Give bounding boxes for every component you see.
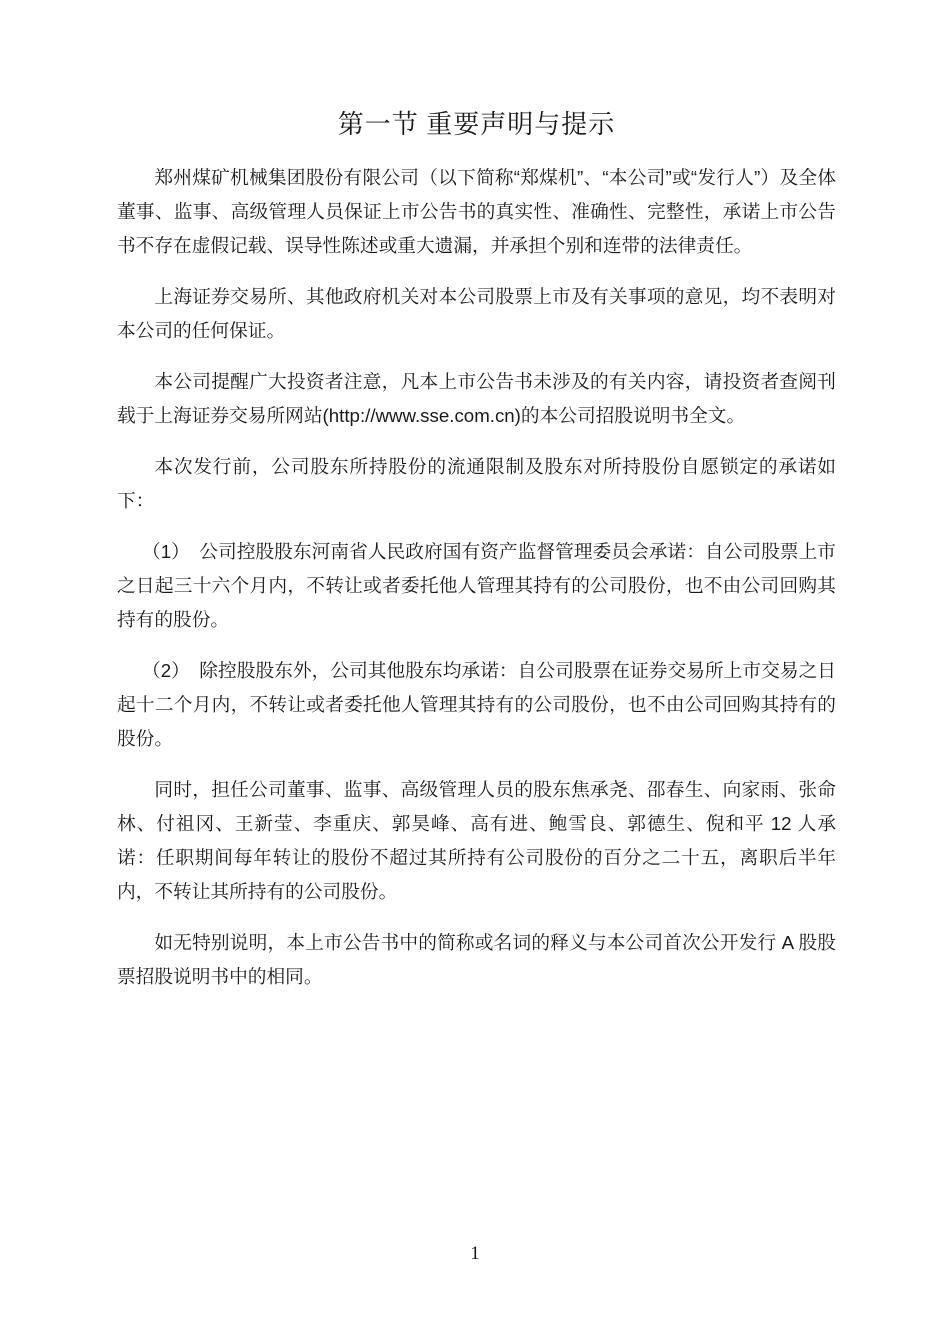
paragraph-lockup-intro: 本次发行前，公司股东所持股份的流通限制及股东对所持股份自愿锁定的承诺如下：: [117, 450, 836, 518]
section-title: 第一节 重要声明与提示: [117, 106, 836, 144]
paragraph-commitment-2: （2） 除控股股东外，公司其他股东均承诺：自公司股票在证券交易所上市交易之日起十…: [117, 654, 836, 756]
paragraph-company-declaration: 郑州煤矿机械集团股份有限公司（以下简称“郑煤机”、“本公司”或“发行人”）及全体…: [117, 161, 836, 263]
document-content: 第一节 重要声明与提示 郑州煤矿机械集团股份有限公司（以下简称“郑煤机”、“本公…: [0, 0, 950, 994]
paragraph-management-commitment: 同时，担任公司董事、监事、高级管理人员的股东焦承尧、邵春生、向家雨、张命林、付祖…: [117, 773, 836, 909]
paragraph-investor-notice: 本公司提醒广大投资者注意，凡本上市公告书未涉及的有关内容，请投资者查阅刊载于上海…: [117, 365, 836, 433]
paragraph-commitment-1: （1） 公司控股股东河南省人民政府国有资产监督管理委员会承诺：自公司股票上市之日…: [117, 535, 836, 637]
page-number: 1: [0, 1244, 950, 1264]
document-page: 第一节 重要声明与提示 郑州煤矿机械集团股份有限公司（以下简称“郑煤机”、“本公…: [0, 0, 950, 1344]
paragraph-exchange-disclaimer: 上海证券交易所、其他政府机关对本公司股票上市及有关事项的意见，均不表明对本公司的…: [117, 280, 836, 348]
paragraph-terminology-note: 如无特别说明，本上市公告书中的简称或名词的释义与本公司首次公开发行 A 股股票招…: [117, 926, 836, 994]
